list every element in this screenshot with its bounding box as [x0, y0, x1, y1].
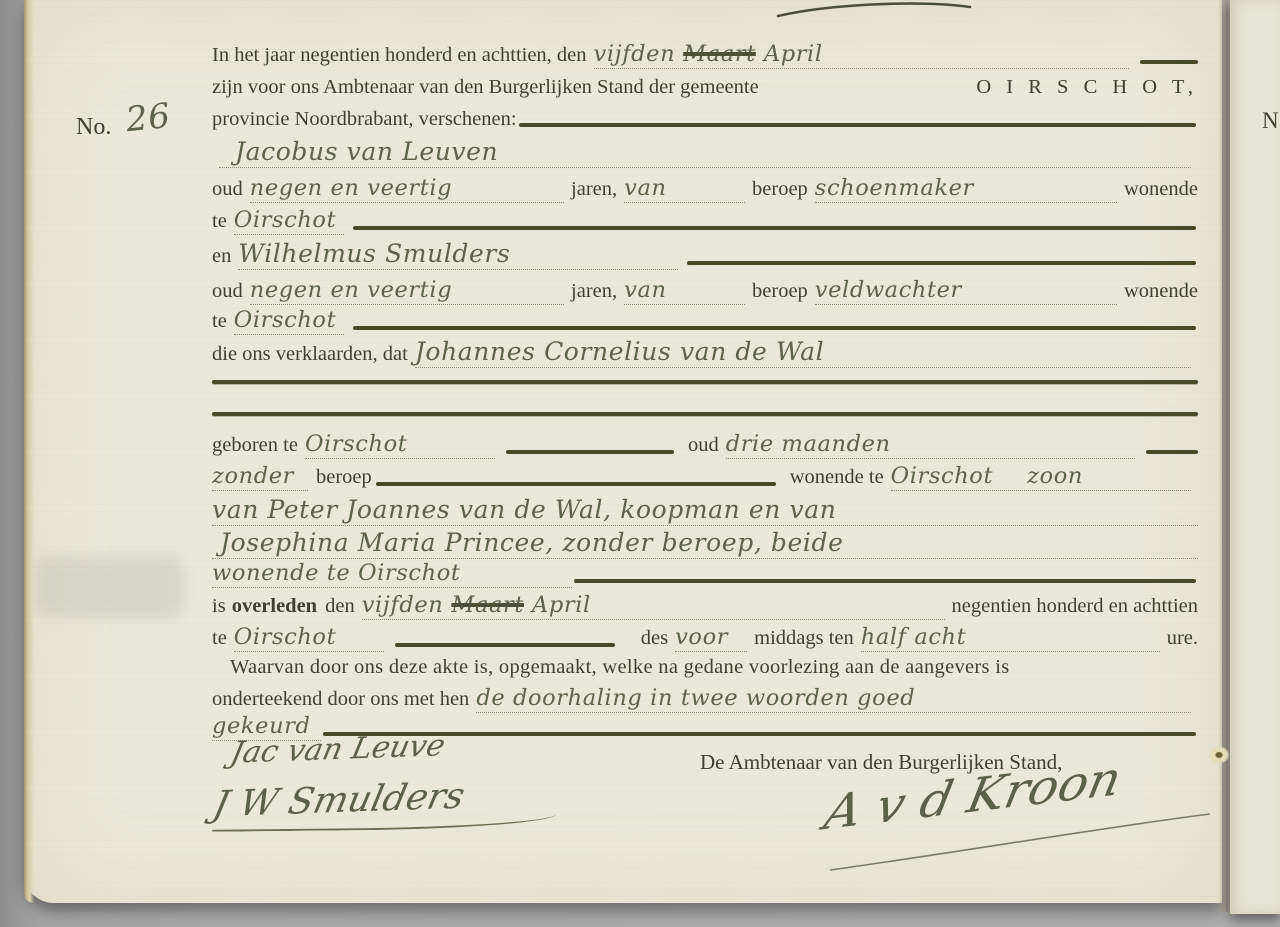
birthplace-handwritten: Oirschot — [305, 431, 407, 457]
declarant1-residence-line: te Oirschot — [212, 208, 1198, 235]
blank-line-rule — [212, 412, 1198, 416]
mother-handwritten: Josephina Maria Princee, zonder beroep, … — [220, 528, 844, 557]
next-page-edge — [1230, 0, 1280, 914]
born-line: geboren te Oirschot oud drie maanden — [212, 432, 1198, 459]
wonende-label: wonende — [1124, 178, 1198, 202]
deceased-residence-handwritten: Oirschot — [891, 463, 993, 489]
deceased-residence-field: Oirschotzoon — [891, 464, 1191, 491]
voor-handwritten: voor — [675, 624, 728, 650]
death-day-handwritten: vijfden — [362, 592, 444, 618]
father-handwritten: van Peter Joannes van de Wal, koopman en… — [212, 495, 836, 524]
daypart-field: voor — [675, 625, 747, 652]
te-label: te — [212, 627, 227, 651]
death-time-handwritten: half acht — [861, 624, 967, 650]
death-place-field: Oirschot — [234, 625, 384, 652]
death-place-handwritten: Oirschot — [234, 624, 336, 650]
beroep-label: beroep — [752, 280, 808, 304]
declarant1-occupation-handwritten: schoenmaker — [815, 175, 974, 201]
deceased-occupation-handwritten: zonder — [212, 464, 308, 491]
act-number-value: 26 — [124, 96, 172, 140]
deceased-age-field: drie maanden — [726, 432, 1135, 459]
declarant2-name-line: en Wilhelmus Smulders — [212, 240, 1198, 270]
filler-rule — [1140, 60, 1198, 64]
filler-rule — [1146, 450, 1198, 454]
official-signature-tail — [820, 800, 1220, 880]
scanned-death-certificate: No. 26 N In het jaar negentien honderd e… — [0, 0, 1280, 927]
oud-label: oud — [688, 434, 719, 458]
declarant2-occupation-field: veldwachter — [815, 278, 1117, 305]
ink-bleedthrough-smudge — [34, 556, 184, 618]
declarant1-van-field: van — [624, 176, 745, 203]
declarant2-name-field: Wilhelmus Smulders — [238, 240, 678, 270]
van-handwritten: van — [624, 175, 666, 201]
declarant1-age-field: negen en veertig — [250, 176, 564, 203]
intro-line-3: provincie Noordbrabant, verschenen: — [212, 108, 1198, 132]
declarant1-residence-field: Oirschot — [234, 208, 344, 235]
death-month-handwritten: April — [532, 592, 591, 618]
declarant2-residence-handwritten: Oirschot — [234, 307, 336, 333]
filler-rule — [519, 123, 1196, 127]
declaration-line: die ons verklaarden, dat Johannes Cornel… — [212, 338, 1198, 368]
filler-rule — [506, 450, 674, 454]
jaren-label: jaren, — [571, 280, 617, 304]
beroep-label: beroep — [316, 466, 372, 490]
death-year-label: negentien honderd en achttien — [952, 595, 1198, 619]
deceased-name-handwritten: Johannes Cornelius van de Wal — [415, 337, 824, 366]
filler-rule — [323, 732, 1196, 736]
intro-line2-text: zijn voor ons Ambtenaar van den Burgerli… — [212, 76, 759, 100]
van-handwritten: van — [624, 277, 666, 303]
middags-ten-label: middags ten — [754, 627, 854, 651]
en-label: en — [212, 245, 231, 269]
death-date-field: vijfdenMaartApril — [362, 593, 945, 620]
parents-field-1: van Peter Joannes van de Wal, koopman en… — [212, 496, 1198, 526]
declarant1-signature: Jac van Leuve — [232, 732, 444, 767]
declarant1-occupation-field: schoenmaker — [815, 176, 1117, 203]
deceased-age-handwritten: drie maanden — [726, 431, 891, 457]
declarant1-name-line: Jacobus van Leuven — [212, 138, 1198, 168]
annotation-handwritten: de doorhaling in twee woorden goed — [476, 685, 915, 711]
declarant1-details-line: oud negen en veertig jaren, van beroep s… — [212, 176, 1198, 203]
parents-line-1: van Peter Joannes van de Wal, koopman en… — [212, 496, 1198, 526]
declarant2-name-handwritten: Wilhelmus Smulders — [238, 239, 510, 268]
intro-line3-text: provincie Noordbrabant, verschenen: — [212, 108, 517, 132]
deceased-name-field: Johannes Cornelius van de Wal — [415, 338, 1191, 368]
parents-field-2: Josephina Maria Princee, zonder beroep, … — [212, 529, 1198, 559]
month-struck-handwritten: Maart — [683, 41, 756, 67]
death-place-time-line: te Oirschot des voor middags ten half ac… — [212, 625, 1198, 652]
declarant2-age-handwritten: negen en veertig — [250, 277, 452, 303]
closing-line-1: Waarvan door ons deze akte is, opgemaakt… — [212, 656, 1198, 680]
declarant2-residence-line: te Oirschot — [212, 308, 1198, 335]
act-number-label: No. — [76, 114, 111, 141]
filler-rule — [687, 261, 1196, 265]
death-time-field: half acht — [861, 625, 1160, 652]
cutoff-pen-stroke — [770, 0, 980, 20]
declarant2-van-field: van — [624, 278, 745, 305]
intro-line-1: In het jaar negentien honderd en achttie… — [212, 42, 1198, 69]
marginal-annotation-field: de doorhaling in twee woorden goed — [476, 686, 1191, 713]
birthplace-field: Oirschot — [305, 432, 495, 459]
overleden-label: overleden — [232, 595, 317, 619]
geboren-te-label: geboren te — [212, 434, 298, 458]
closing-line1-text: Waarvan door ons deze akte is, opgemaakt… — [212, 656, 1010, 680]
filler-rule — [353, 226, 1196, 230]
ure-label: ure. — [1167, 627, 1198, 651]
filler-rule — [376, 482, 776, 486]
parents-line-2: Josephina Maria Princee, zonder beroep, … — [212, 529, 1198, 559]
day-handwritten: vijfden — [594, 41, 676, 67]
te-label: te — [212, 310, 227, 334]
declarant2-residence-field: Oirschot — [234, 308, 344, 335]
blank-line-rule — [212, 380, 1198, 384]
te-label: te — [212, 210, 227, 234]
closing-line2-text: onderteekend door ons met hen — [212, 688, 469, 712]
jaren-label: jaren, — [571, 178, 617, 202]
intro-line1-text: In het jaar negentien honderd en achttie… — [212, 44, 587, 68]
binding-thread-hole — [1206, 744, 1232, 766]
oud-label: oud — [212, 178, 243, 202]
month-handwritten: April — [764, 41, 823, 67]
is-label: is — [212, 595, 226, 619]
oud-label: oud — [212, 280, 243, 304]
intro-line-2: zijn voor ons Ambtenaar van den Burgerli… — [212, 76, 1198, 100]
beroep-label: beroep — [752, 178, 808, 202]
des-label: des — [641, 627, 668, 651]
declarant1-residence-handwritten: Oirschot — [234, 207, 336, 233]
closing-line-2: onderteekend door ons met hen de doorhal… — [212, 686, 1198, 713]
den-label: den — [325, 595, 355, 619]
zoon-handwritten: zoon — [1027, 463, 1083, 489]
filler-rule — [353, 326, 1196, 330]
death-date-line: is overleden den vijfdenMaartApril negen… — [212, 593, 1198, 620]
death-month-struck-handwritten: Maart — [451, 592, 524, 618]
death-date-field: vijfdenMaartApril — [594, 42, 1129, 69]
declarant1-name-handwritten: Jacobus van Leuven — [235, 137, 498, 166]
verklaarden-label: die ons verklaarden, dat — [212, 343, 408, 367]
declarant2-age-field: negen en veertig — [250, 278, 564, 305]
declarant2-occupation-handwritten: veldwachter — [815, 277, 962, 303]
declarant1-name-field: Jacobus van Leuven — [219, 138, 1191, 168]
filler-rule — [395, 643, 615, 647]
parents-field-3: wonende te Oirschot — [212, 561, 572, 588]
deceased-occupation-line: zonder beroep wonende te Oirschotzoon — [212, 464, 1198, 491]
parents-line-3: wonende te Oirschot — [212, 561, 1198, 588]
municipality-name: O I R S C H O T, — [976, 76, 1198, 100]
declarant1-age-handwritten: negen en veertig — [250, 175, 452, 201]
wonende-te-label: wonende te — [790, 466, 884, 490]
declarant1-signature-text: Jac van Leuve — [227, 728, 448, 770]
filler-rule — [574, 579, 1196, 583]
declarant2-details-line: oud negen en veertig jaren, van beroep v… — [212, 278, 1198, 305]
wonende-label: wonende — [1124, 280, 1198, 304]
parents-residence-handwritten: wonende te Oirschot — [212, 560, 461, 586]
next-page-number-fragment: N — [1262, 108, 1279, 134]
